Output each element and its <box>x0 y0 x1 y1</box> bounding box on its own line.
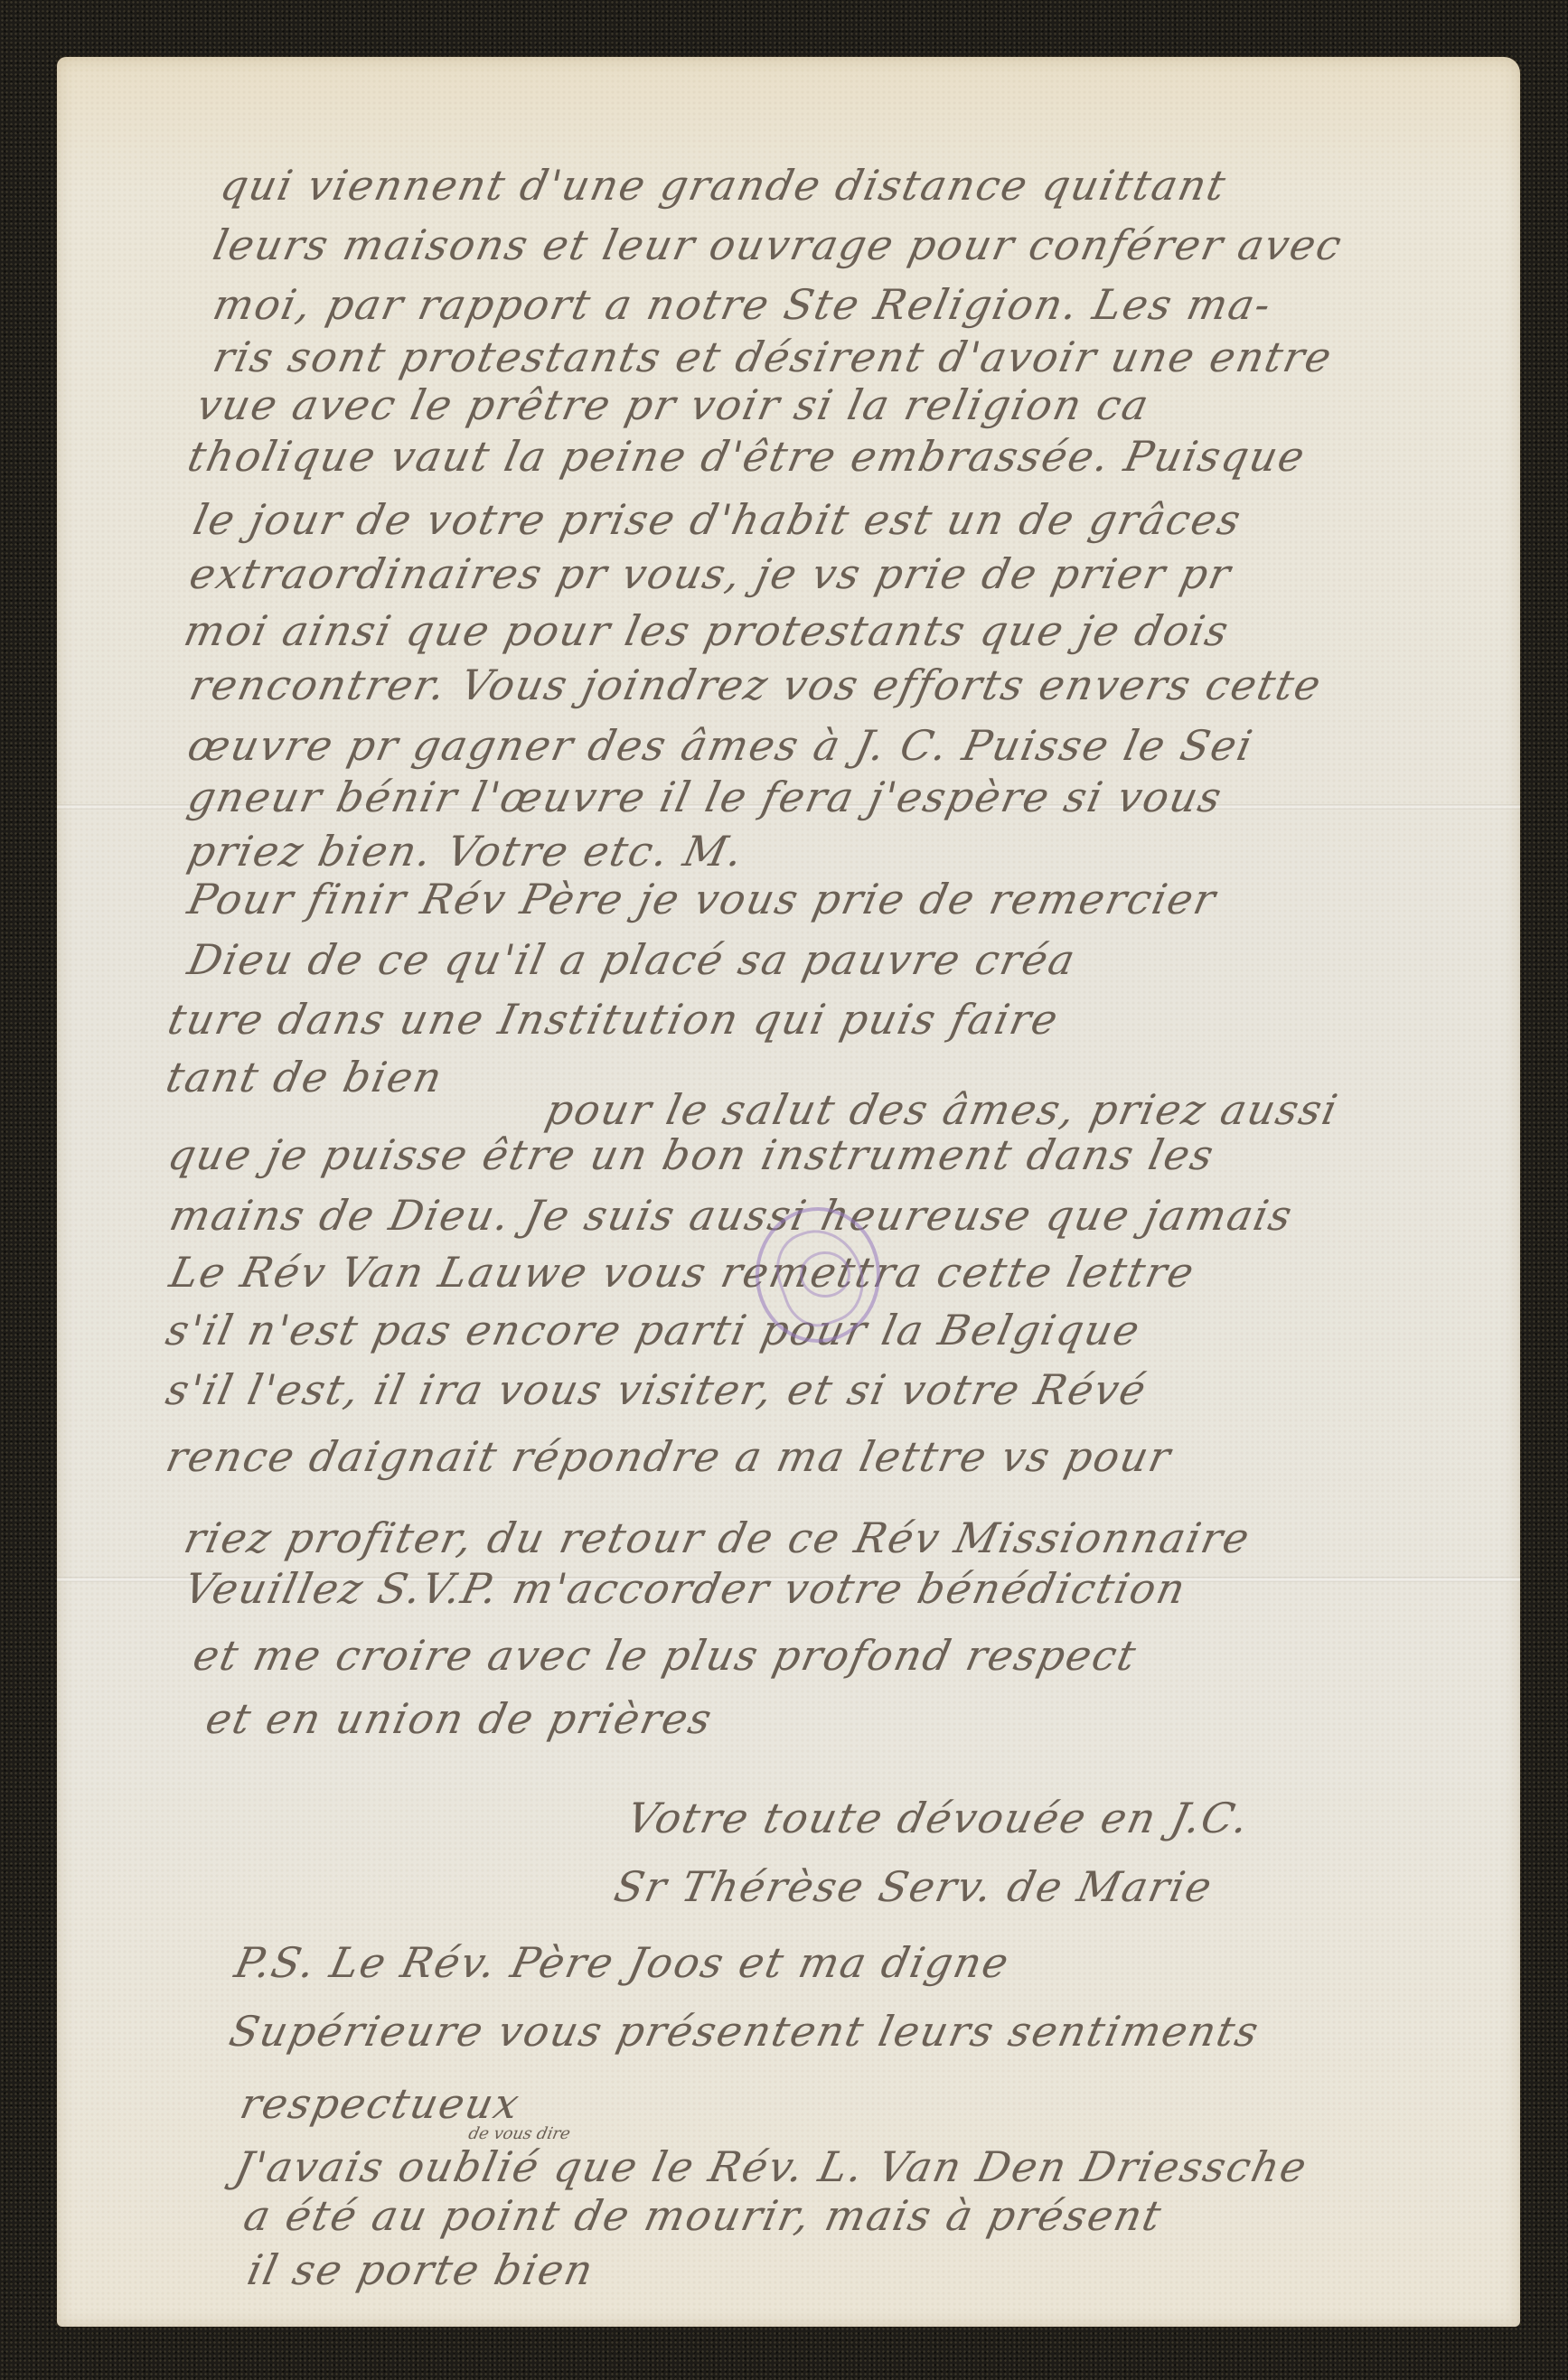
letter-line: et me croire avec le plus profond respec… <box>190 1635 1141 1676</box>
letter-line: Pour finir Rév Père je vous prie de reme… <box>184 878 1221 920</box>
letter-line: priez bien. Votre etc. M. <box>184 830 748 872</box>
letter-line: s'il l'est, il ira vous visiter, et si v… <box>163 1369 1151 1410</box>
letter-line: ture dans une Institution qui puis faire <box>164 998 1063 1040</box>
interlinear-insertion: de vous dire <box>467 2126 572 2142</box>
letter-line: pour le salut des âmes, priez aussi <box>542 1089 1342 1130</box>
letter-line: tholique vaut la peine d'être embrassée.… <box>184 436 1310 477</box>
postscript-line: de vous direJ'avais oublié que le Rév. L… <box>231 2146 1311 2188</box>
postscript-line: P.S. Le Rév. Père Joos et ma digne <box>231 1942 1014 1983</box>
postscript-line: a été au point de mourir, mais à présent <box>240 2195 1166 2236</box>
archive-stamp-icon <box>756 1207 880 1343</box>
postscript-line: respectueux <box>237 2083 524 2124</box>
letter-line: Dieu de ce qu'il a placé sa pauvre créa <box>184 939 1080 980</box>
letter-line: vue avec le prêtre pr voir si la religio… <box>193 384 1153 426</box>
signature: Sr Thérèse Serv. de Marie <box>611 1866 1216 1907</box>
letter-line: moi, par rapport a notre Ste Religion. L… <box>210 284 1276 325</box>
letter-line: que je puisse être un bon instrument dan… <box>164 1134 1218 1176</box>
letter-line: œuvre pr gagner des âmes à J. C. Puisse … <box>184 725 1257 766</box>
letter-line: le jour de votre prise d'habit est un de… <box>190 499 1245 540</box>
stamp-monogram-inner <box>800 1251 850 1298</box>
letter-line: qui viennent d'une grande distance quitt… <box>217 164 1230 206</box>
letter-line: moi ainsi que pour les protestants que j… <box>181 610 1234 651</box>
postscript-line: Supérieure vous présentent leurs sentime… <box>226 2010 1263 2052</box>
letter-line: leurs maisons et leur ouvrage pour confé… <box>210 224 1347 266</box>
letter-line: rencontrer. Vous joindrez vos efforts en… <box>186 664 1326 706</box>
letter-line: ris sont protestants et désirent d'avoir… <box>210 336 1337 378</box>
closing-line: Votre toute dévouée en J.C. <box>624 1797 1253 1839</box>
letter-line: et en union de prières <box>202 1698 717 1739</box>
letter-line: tant de bien <box>163 1056 447 1098</box>
letter-line: rence daignait répondre a ma lettre vs p… <box>163 1436 1176 1477</box>
postscript-text: J'avais oublié que le Rév. L. Van Den Dr… <box>230 2142 1312 2191</box>
letter-line: Veuillez S.V.P. m'accorder votre bénédic… <box>181 1568 1190 1609</box>
letter-line: riez profiter, du retour de ce Rév Missi… <box>181 1517 1254 1559</box>
letter-line: extraordinaires pr vous, je vs prie de p… <box>186 553 1235 595</box>
letter-line: Le Rév Van Lauwe vous remettra cette let… <box>166 1251 1199 1293</box>
letter-line: s'il n'est pas encore parti pour la Belg… <box>163 1309 1145 1351</box>
letter-line: mains de Dieu. Je suis aussi heureuse qu… <box>166 1195 1297 1236</box>
postscript-line: il se porte bien <box>244 2249 598 2291</box>
letter-line: gneur bénir l'œuvre il le fera j'espère … <box>184 776 1226 818</box>
